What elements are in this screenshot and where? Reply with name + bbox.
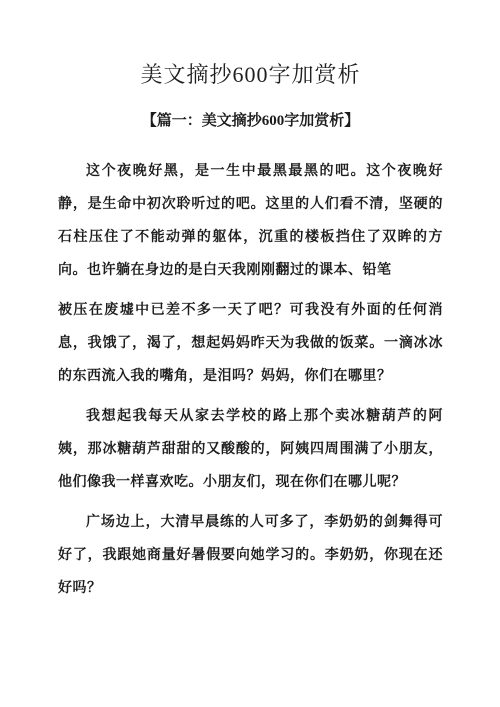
section-heading: 【篇一：美文摘抄600字加赏析】	[58, 109, 443, 130]
paragraph-3: 我想起我每天从家去学校的路上那个卖冰糖葫芦的阿姨，那冰糖葫芦甜甜的又酸酸的，阿姨…	[58, 399, 443, 498]
paragraph-4: 广场边上，大清早晨练的人可多了，李奶奶的剑舞得可好了，我跟她商量好暑假要向她学习…	[58, 505, 443, 604]
document-body: 这个夜晚好黑，是一生中最黑最黑的吧。这个夜晚好静，是生命中初次聆听过的吧。这里的…	[58, 154, 443, 604]
paragraph-2: 被压在废墟中已差不多一天了吧？可我没有外面的任何消息，我饿了，渴了，想起妈妈昨天…	[58, 293, 443, 392]
document-page: 美文摘抄600字加赏析 【篇一：美文摘抄600字加赏析】 这个夜晚好黑，是一生中…	[0, 0, 500, 707]
paragraph-1: 这个夜晚好黑，是一生中最黑最黑的吧。这个夜晚好静，是生命中初次聆听过的吧。这里的…	[58, 154, 443, 286]
document-title: 美文摘抄600字加赏析	[58, 58, 443, 89]
